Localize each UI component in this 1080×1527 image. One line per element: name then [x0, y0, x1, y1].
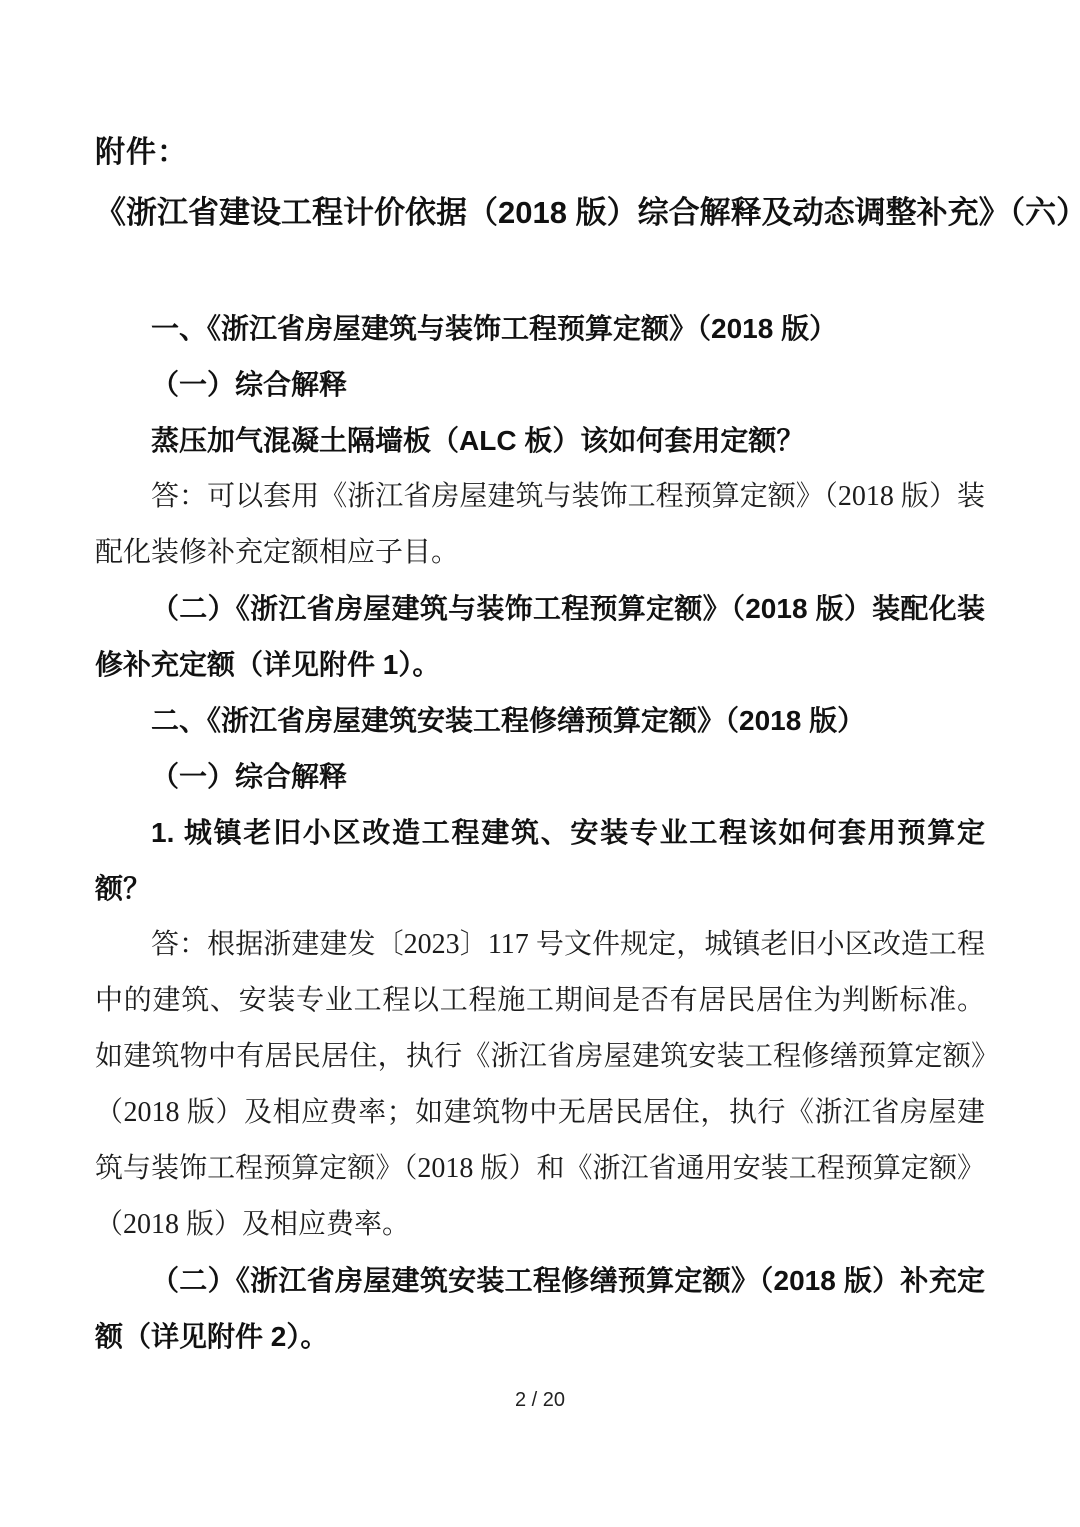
subsection-heading: （一）综合解释: [95, 357, 985, 413]
section-heading: 一、《浙江省房屋建筑与装饰工程预算定额》（2018 版）: [95, 301, 985, 357]
question-heading: 蒸压加气混凝土隔墙板（ALC 板）该如何套用定额？: [95, 413, 985, 469]
document-title: 《浙江省建设工程计价依据（2018 版）综合解释及动态调整补充》（六）: [95, 191, 1025, 235]
answer-paragraph: 答：根据浙建建发〔2023〕117 号文件规定，城镇老旧小区改造工程中的建筑、安…: [95, 917, 985, 1253]
question-heading: 1. 城镇老旧小区改造工程建筑、安装专业工程该如何套用预算定额？: [95, 805, 985, 917]
subsection-heading: （一）综合解释: [95, 749, 985, 805]
document-body: 一、《浙江省房屋建筑与装饰工程预算定额》（2018 版） （一）综合解释 蒸压加…: [95, 301, 985, 1365]
page-number: 2 / 20: [0, 1388, 1080, 1412]
section-heading: 二、《浙江省房屋建筑安装工程修缮预算定额》（2018 版）: [95, 693, 985, 749]
subsection-heading: （二）《浙江省房屋建筑与装饰工程预算定额》（2018 版）装配化装修补充定额（详…: [95, 581, 985, 693]
subsection-heading: （二）《浙江省房屋建筑安装工程修缮预算定额》（2018 版）补充定额（详见附件 …: [95, 1253, 985, 1365]
answer-paragraph: 答：可以套用《浙江省房屋建筑与装饰工程预算定额》（2018 版）装配化装修补充定…: [95, 469, 985, 581]
document-page: 附件： 《浙江省建设工程计价依据（2018 版）综合解释及动态调整补充》（六） …: [0, 0, 1080, 1527]
attachment-label: 附件：: [95, 134, 188, 172]
